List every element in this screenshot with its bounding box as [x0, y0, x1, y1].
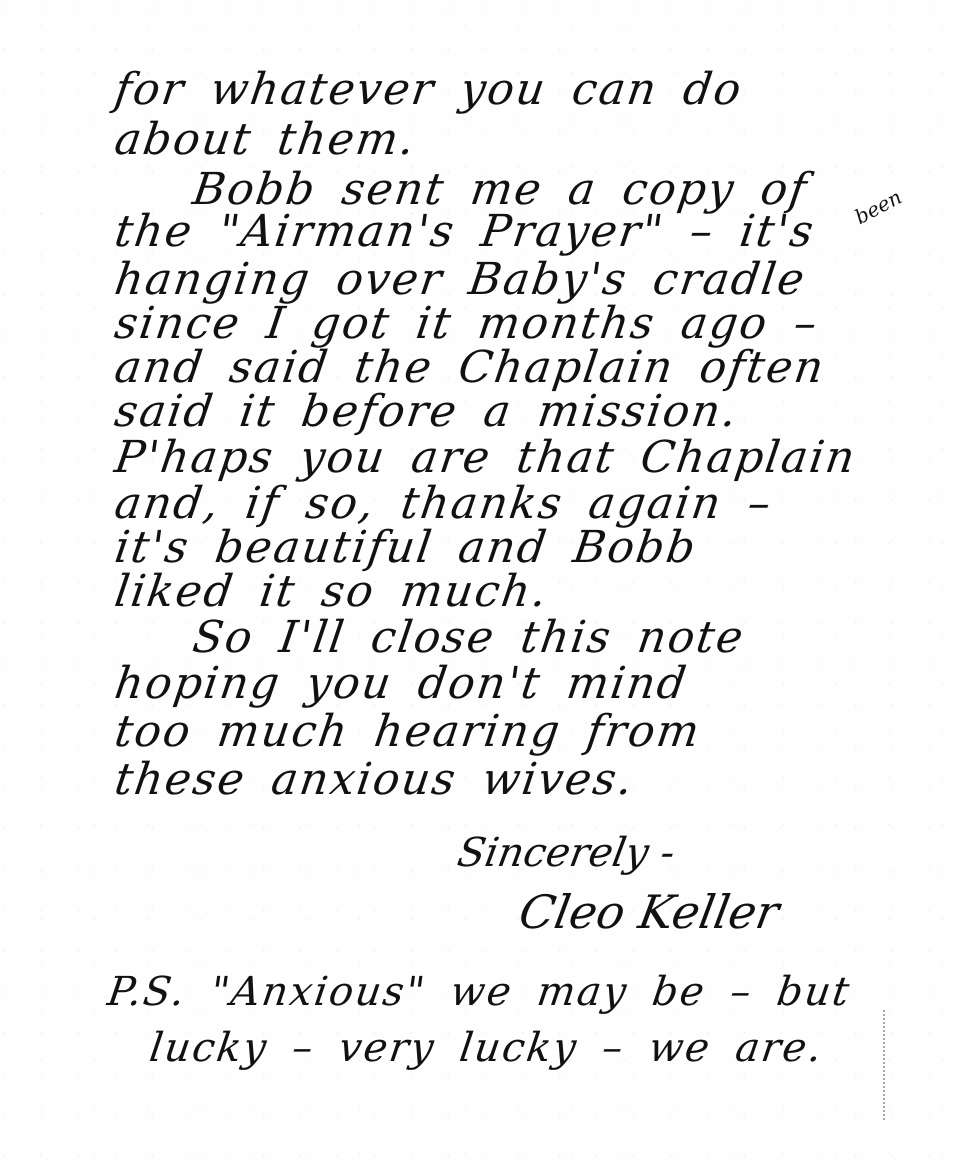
postscript-line: P.S. "Anxious" we may be – but	[105, 972, 853, 1012]
letter-line: hoping you don't mind	[112, 662, 690, 706]
letter-line: since I got it months ago –	[112, 302, 821, 346]
letter-line: and, if so, thanks again –	[112, 482, 775, 526]
letter-line: too much hearing from	[112, 710, 704, 754]
letter-line: and said the Chaplain often	[112, 346, 828, 390]
scan-edge-mark	[883, 1010, 887, 1120]
letter-line: said it before a mission.	[112, 390, 741, 434]
letter-line: P'haps you are that Chaplain	[112, 436, 859, 480]
letter-line: So I'll close this note	[190, 616, 747, 660]
signature: Cleo Keller	[515, 885, 783, 939]
inserted-word: been	[851, 185, 906, 229]
postscript-line: lucky – very lucky – we are.	[147, 1028, 826, 1068]
letter-page: for whatever you can do about them. Bobb…	[0, 0, 953, 1160]
letter-line: for whatever you can do	[112, 68, 745, 112]
letter-line: these anxious wives.	[112, 758, 637, 802]
letter-line: liked it so much.	[112, 570, 551, 614]
letter-line: about them.	[112, 118, 419, 162]
letter-line: the "Airman's Prayer" – it's	[112, 210, 818, 254]
valediction: Sincerely -	[454, 830, 679, 876]
letter-line: it's beautiful and Bobb	[112, 526, 700, 570]
letter-line: hanging over Baby's cradle	[112, 258, 809, 302]
